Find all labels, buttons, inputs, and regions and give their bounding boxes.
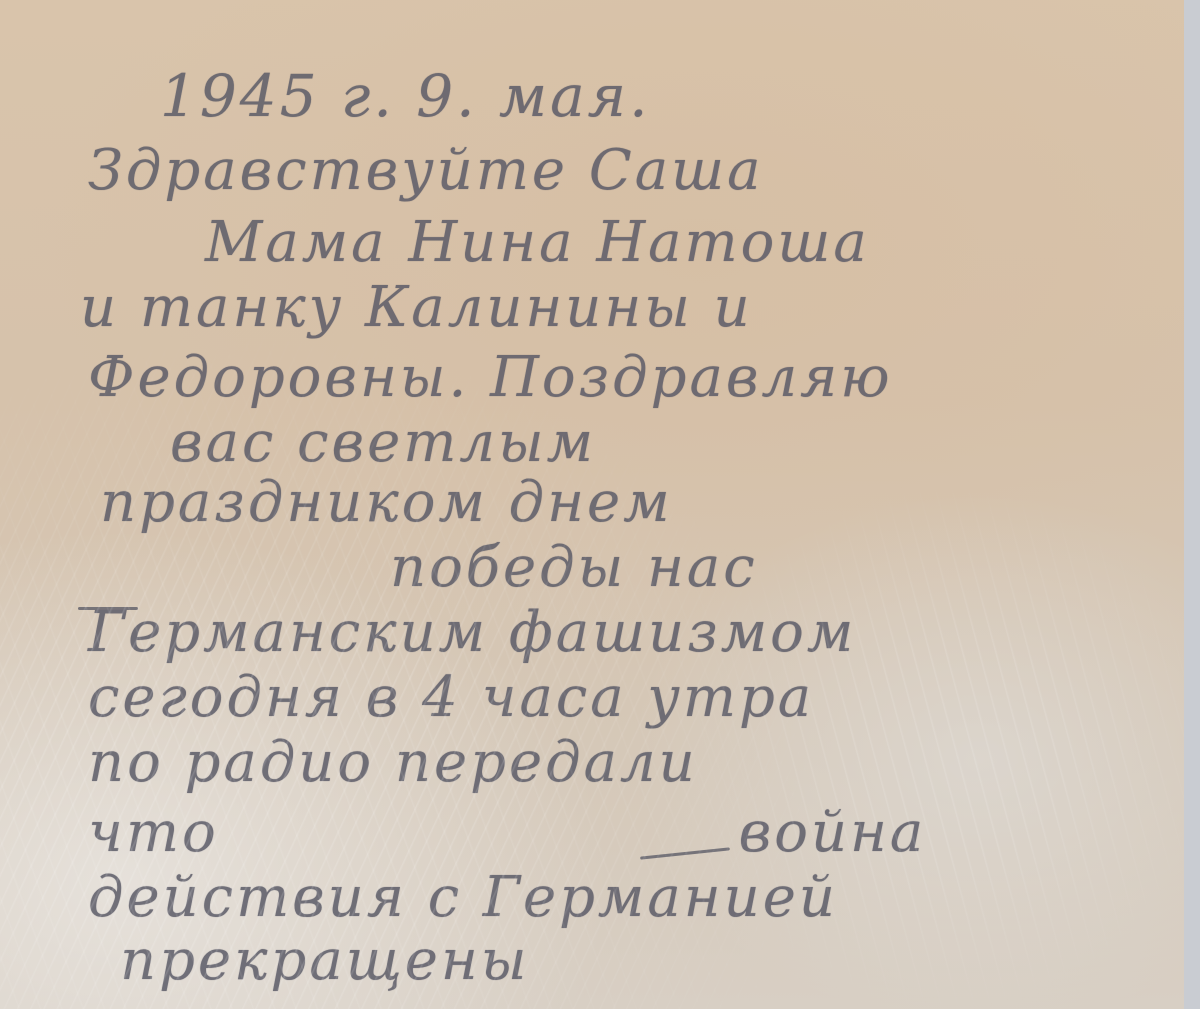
letter-paper: 1945 г. 9. мая. Здравствуйте Саша Мама Н… — [0, 0, 1184, 1009]
letter-word: война — [739, 800, 927, 865]
letter-line: действия с Германией — [88, 865, 838, 930]
letter-line: вас светлым — [170, 410, 596, 475]
letter-line: Германским фашизмом — [88, 600, 856, 665]
letter-line: прекращены — [120, 928, 529, 993]
letter-line: победы нас — [390, 535, 758, 600]
letter-line: сегодня в 4 часа утра — [88, 665, 814, 730]
letter-line: праздником днем — [100, 470, 673, 535]
letter-line: чтовойна — [88, 800, 926, 865]
letter-line: и танку Калинины и — [80, 275, 753, 340]
letter-date-line: 1945 г. 9. мая. — [160, 62, 651, 130]
letter-line: по радио передали — [88, 730, 698, 795]
letter-word: что — [88, 800, 219, 865]
letter-line: Мама Нина Натоша — [205, 210, 870, 275]
pen-stroke — [78, 607, 138, 610]
letter-line: Здравствуйте Саша — [88, 138, 764, 203]
letter-line: Федоровны. Поздравляю — [88, 345, 893, 410]
